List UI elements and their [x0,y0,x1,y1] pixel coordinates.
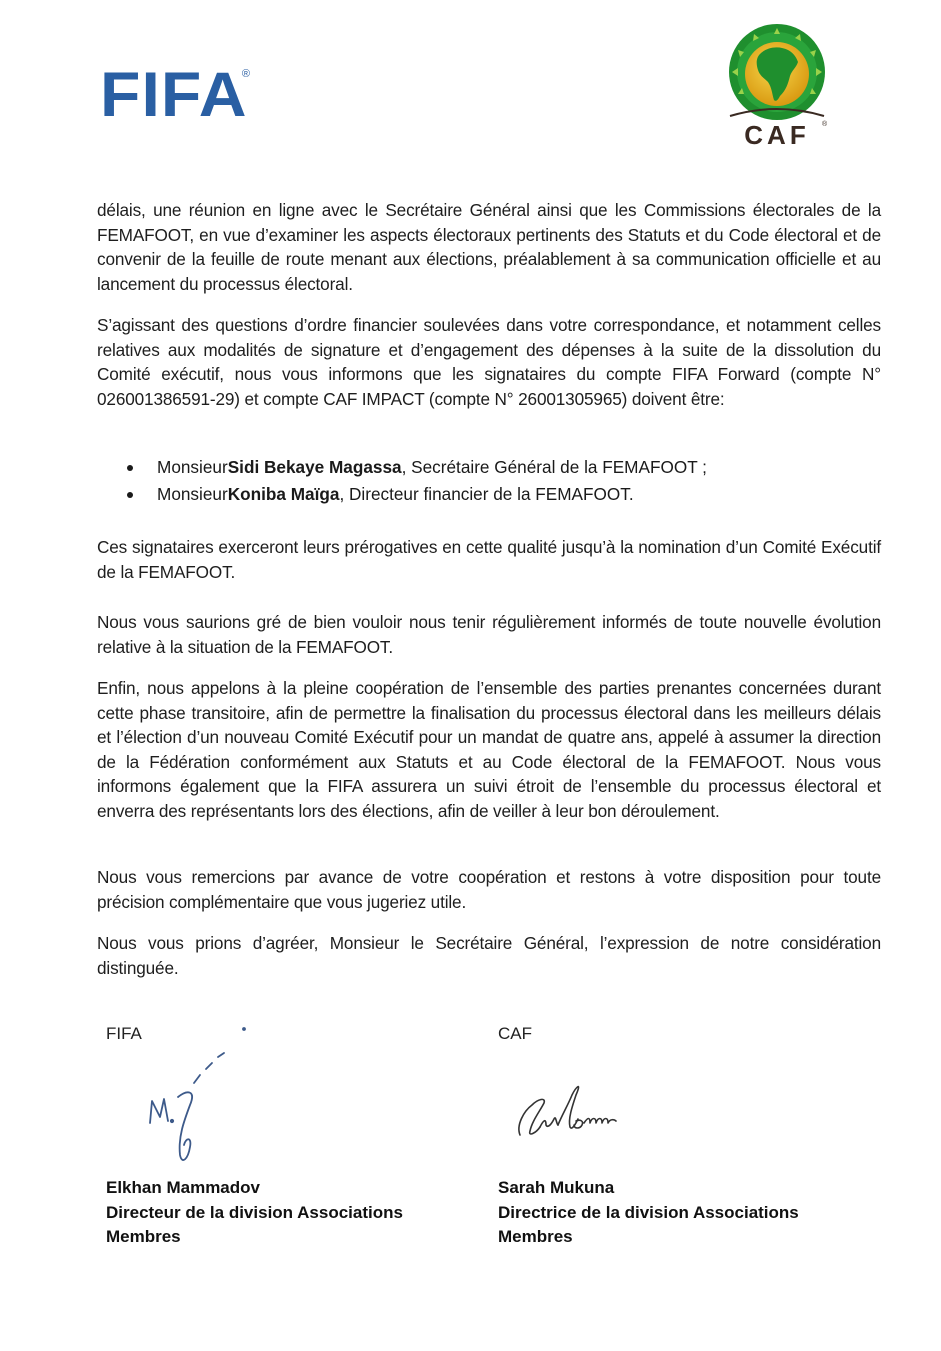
paragraph-electoral-meeting: délais, une réunion en ligne avec le Sec… [97,198,881,296]
fifa-signatory-block: Elkhan Mammadov Directeur de la division… [106,1176,403,1250]
list-item: Monsieur Koniba Maïga, Directeur financi… [127,481,707,508]
fifa-signatory-name: Elkhan Mammadov [106,1176,403,1201]
caf-emblem-icon: CAF ® [722,22,832,152]
caf-logo: CAF ® [722,22,832,152]
caf-signatory-block: Sarah Mukuna Directrice de la division A… [498,1176,799,1250]
caf-signature-icon [510,1075,670,1145]
paragraph-thanks: Nous vous remercions par avance de votre… [97,865,881,914]
paragraph-cooperation: Enfin, nous appelons à la pleine coopéra… [97,676,881,824]
paragraph-financial-signatories: S’agissant des questions d’ordre financi… [97,313,881,411]
fifa-signature-icon [140,1025,250,1175]
bullet-icon [127,492,133,498]
svg-text:®: ® [822,120,828,128]
caf-signatory-title: Directrice de la division Associations [498,1201,799,1226]
fifa-signature-org: FIFA [106,1024,142,1044]
caf-signature-org: CAF [498,1024,532,1044]
registered-mark: ® [242,68,250,80]
caf-signatory-name: Sarah Mukuna [498,1176,799,1201]
caf-logo-text: CAF [744,120,809,150]
fifa-signatory-title: Directeur de la division Associations [106,1201,403,1226]
paragraph-keep-informed: Nous vous saurions gré de bien vouloir n… [97,610,881,659]
fifa-logo: FIFA ® [100,66,252,124]
fifa-logo-text: FIFA [100,66,248,124]
list-item: Monsieur Sidi Bekaye Magassa, Secrétaire… [127,454,707,481]
bullet-icon [127,465,133,471]
signatory-name: Sidi Bekaye Magassa [228,454,402,481]
paragraph-prerogatives: Ces signataires exerceront leurs préroga… [97,535,881,584]
paragraph-closing: Nous vous prions d’agréer, Monsieur le S… [97,931,881,980]
signatory-name: Koniba Maïga [228,481,340,508]
signatories-list: Monsieur Sidi Bekaye Magassa, Secrétaire… [127,454,707,508]
